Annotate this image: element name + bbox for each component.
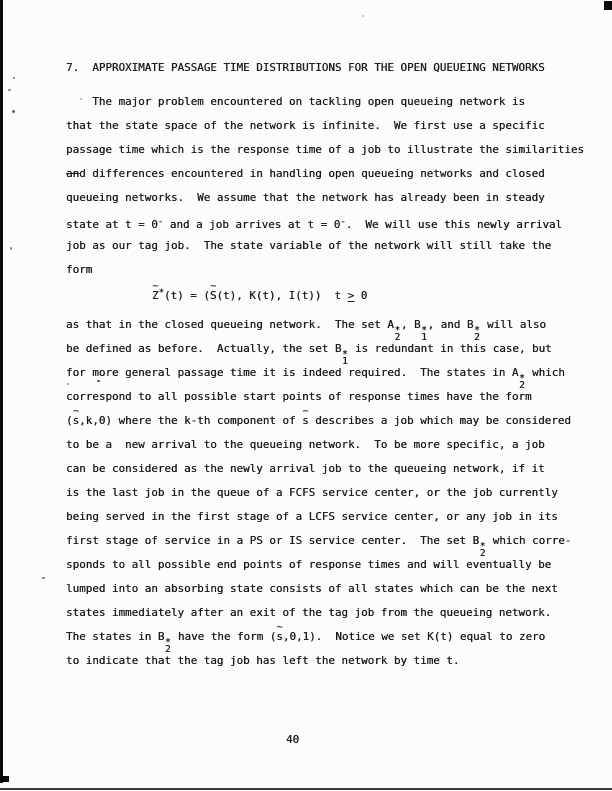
- text-line: to be a new arrival to the queueing netw…: [66, 438, 571, 462]
- scan-speck: [42, 577, 45, 579]
- superscript: -: [158, 217, 163, 227]
- scan-speck: [8, 89, 11, 91]
- page-number: 40: [286, 733, 299, 747]
- text-line: that the state space of the network is i…: [66, 119, 584, 143]
- text-line: queueing networks. We assume that the ne…: [66, 191, 584, 215]
- scan-speck: [10, 247, 12, 250]
- equation: Z~*(t) = (S~(t), K(t), I(t)) t > 0: [152, 286, 367, 303]
- text-line: and differences encountered in handling …: [66, 167, 584, 191]
- stacked-sub-sup: *1: [421, 328, 428, 341]
- text-line: as that in the closed queueing network. …: [66, 318, 571, 342]
- scan-artifact-bottom-left-foot: [0, 776, 9, 782]
- text-line: being served in the first stage of a LCF…: [66, 510, 571, 534]
- text-line: be defined as before. Actually, the set …: [66, 342, 571, 366]
- tilde-accent: s~: [276, 630, 283, 643]
- overstrike: an: [66, 167, 79, 180]
- superscript: *: [159, 288, 164, 298]
- scan-speck: [12, 110, 15, 113]
- text-line: sponds to all possible end points of res…: [66, 558, 571, 582]
- scan-speck: [13, 77, 15, 79]
- text-line: can be considered as the newly arrival j…: [66, 462, 571, 486]
- tilde-accent: S~: [210, 289, 217, 302]
- scan-speck: [362, 15, 364, 17]
- section-heading: 7. APPROXIMATE PASSAGE TIME DISTRIBUTION…: [66, 61, 545, 74]
- scan-artifact-top-right-mark: [604, 1, 612, 10]
- paragraph-2: as that in the closed queueing network. …: [66, 318, 571, 678]
- scan-artifact-left-strip: [0, 0, 3, 783]
- greater-equal-sign: >: [348, 289, 355, 302]
- stacked-sub-sup: *2: [518, 376, 525, 389]
- text-line: for more general passage time it is inde…: [66, 366, 571, 390]
- text-line: states immediately after an exit of the …: [66, 606, 571, 630]
- text-line: The major problem encountered on tacklin…: [66, 95, 584, 119]
- text-line: first stage of service in a PS or IS ser…: [66, 534, 571, 558]
- stacked-sub-sup: *2: [164, 640, 171, 653]
- tilde-accent: s~: [73, 414, 80, 427]
- text-line: state at t = 0- and a job arrives at t =…: [66, 215, 584, 239]
- text-line: to indicate that the tag job has left th…: [66, 654, 571, 678]
- text-line: (s~,k,0) where the k-th component of s~ …: [66, 414, 571, 438]
- stacked-sub-sup: *2: [394, 328, 401, 341]
- paragraph-1: The major problem encountered on tacklin…: [66, 95, 584, 287]
- text-line: correspond to all possible start points …: [66, 390, 571, 414]
- stacked-sub-sup: *2: [479, 544, 486, 557]
- text-line: passage time which is the response time …: [66, 143, 584, 167]
- document-page: 7. APPROXIMATE PASSAGE TIME DISTRIBUTION…: [0, 0, 612, 791]
- superscript: -: [340, 217, 345, 227]
- text-line: lumped into an absorbing state consists …: [66, 582, 571, 606]
- stacked-sub-sup: *2: [473, 328, 480, 341]
- text-line: is the last job in the queue of a FCFS s…: [66, 486, 571, 510]
- stacked-sub-sup: *1: [341, 352, 348, 365]
- scan-artifact-bottom-line: [0, 788, 612, 790]
- text-line: job as our tag job. The state variable o…: [66, 239, 584, 263]
- text-line: The states in B*2 have the form (s~,0,1)…: [66, 630, 571, 654]
- text-line: form: [66, 263, 584, 287]
- tilde-accent: s~: [302, 414, 309, 427]
- tilde-accent: Z~: [152, 289, 159, 302]
